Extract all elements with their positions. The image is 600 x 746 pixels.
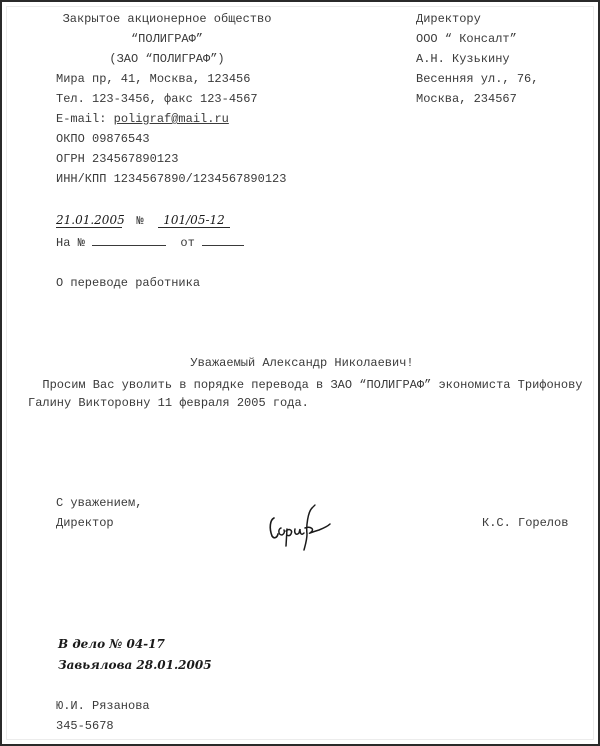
body-line2: Галину Викторовну 11 февраля 2005 года. xyxy=(28,396,309,410)
signer-name: К.С. Горелов xyxy=(482,516,568,530)
sender-org-line3: (ЗАО “ПОЛИГРАФ”) xyxy=(42,52,292,66)
closing-regards: С уважением, xyxy=(56,496,142,510)
reference-date-blank xyxy=(202,234,244,246)
recipient-line1: Директору xyxy=(416,12,481,26)
letter-page: Закрытое акционерное общество “ПОЛИГРАФ”… xyxy=(0,0,600,746)
registration-row: 21.01.2005 № 101/05-12 xyxy=(56,214,230,228)
sender-email-row: E-mail: poligraf@mail.ru xyxy=(56,112,229,126)
email-link[interactable]: poligraf@mail.ru xyxy=(114,112,229,126)
recipient-line5: Москва, 234567 xyxy=(416,92,517,106)
recipient-line3: А.Н. Кузькину xyxy=(416,52,510,66)
subject: О переводе работника xyxy=(56,276,200,290)
executor-phone: 345-5678 xyxy=(56,719,114,733)
salutation: Уважаемый Александр Николаевич! xyxy=(42,356,562,370)
sender-ogrn: ОГРН 234567890123 xyxy=(56,152,178,166)
reference-label: На № xyxy=(56,236,85,250)
sender-address: Мира пр, 41, Москва, 123456 xyxy=(56,72,250,86)
sender-org-line2: “ПОЛИГРАФ” xyxy=(42,32,292,46)
body-line1: Просим Вас уволить в порядке перевода в … xyxy=(28,378,583,392)
signature-icon xyxy=(264,502,336,554)
filing-note-line2: Завьялова 28.01.2005 xyxy=(58,658,212,672)
closing-position: Директор xyxy=(56,516,114,530)
recipient-line4: Весенняя ул., 76, xyxy=(416,72,538,86)
registration-date: 21.01.2005 xyxy=(56,214,122,228)
sender-phone: Тел. 123-3456, факс 123-4567 xyxy=(56,92,258,106)
sender-org-line1: Закрытое акционерное общество xyxy=(42,12,292,26)
reference-from-label: от xyxy=(180,236,194,250)
sender-inn-kpp: ИНН/КПП 1234567890/1234567890123 xyxy=(56,172,286,186)
number-sign: № xyxy=(136,214,143,228)
executor-name: Ю.И. Рязанова xyxy=(56,699,150,713)
registration-number: 101/05-12 xyxy=(158,214,230,228)
reference-row: На № от xyxy=(56,234,244,250)
email-label: E-mail: xyxy=(56,112,106,126)
reference-number-blank xyxy=(92,234,166,246)
sender-okpo: ОКПО 09876543 xyxy=(56,132,150,146)
recipient-line2: ООО “ Консалт” xyxy=(416,32,517,46)
filing-note-line1: В дело № 04-17 xyxy=(58,637,165,651)
